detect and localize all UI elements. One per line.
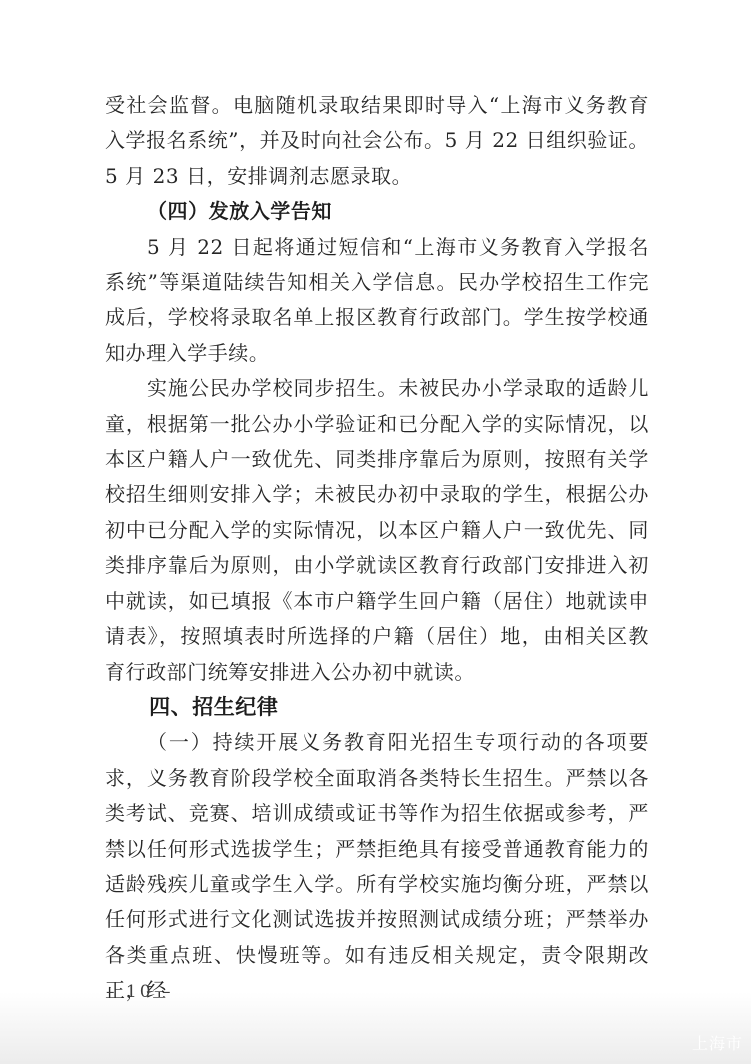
section-heading-level3: （四）发放入学告知 (105, 194, 649, 229)
document-body: 受社会监督。电脑随机录取结果即时导入“上海市义务教育入学报名系统”，并及时向社会… (105, 88, 649, 1009)
paragraph: （一）持续开展义务教育阳光招生专项行动的各项要求，义务教育阶段学校全面取消各类特… (105, 725, 649, 1008)
document-page: 受社会监督。电脑随机录取结果即时导入“上海市义务教育入学报名系统”，并及时向社会… (0, 0, 751, 1064)
faint-watermark: 上海市 (692, 1031, 743, 1054)
paragraph: 5 月 22 日起将通过短信和“上海市义务教育入学报名系统”等渠道陆续告知相关入… (105, 230, 649, 372)
section-heading-level2: 四、招生纪律 (105, 690, 649, 725)
paragraph-continued: 受社会监督。电脑随机录取结果即时导入“上海市义务教育入学报名系统”，并及时向社会… (105, 88, 649, 194)
paragraph: 实施公民办学校同步招生。未被民办小学录取的适龄儿童，根据第一批公办小学验证和已分… (105, 371, 649, 690)
page-number: – 10 – (106, 982, 173, 1002)
